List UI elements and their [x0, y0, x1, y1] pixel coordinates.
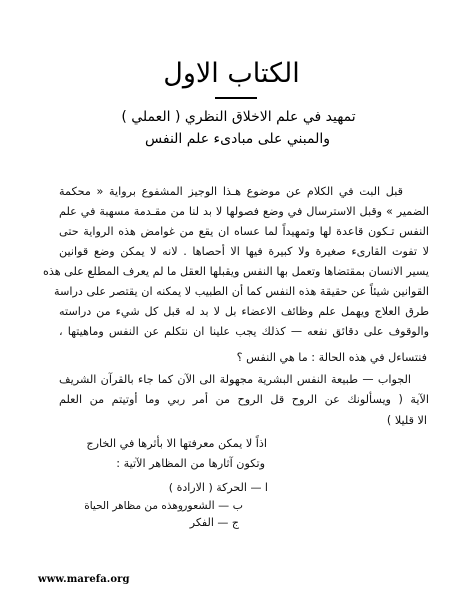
footer-url: www.marefa.org	[38, 574, 130, 586]
conclusion-line: اذاً لا يمكن معرفتها الا بأثرها في الخار…	[86, 436, 267, 452]
list-item-feeling: ب — الشعور	[182, 499, 243, 513]
paragraph-line: القوانين شيئاً عن حقيقة هذه النفس كما أن…	[59, 284, 429, 300]
answer-line: الا قليلا )	[387, 413, 427, 429]
paragraph-line: والوقوف على دقائق نفعه — كذلك يجب علينا …	[59, 324, 429, 340]
paragraph-line: النفس تـكون قاعدة لها وتمهيداً لما عساه …	[59, 224, 429, 240]
list-side-note: وهذه من مظاهر الحياة	[84, 499, 183, 513]
paragraph-line: لا تفوت القارىء صغيرة ولا كبيرة فيها الا…	[59, 244, 429, 260]
question-line: فنتساءل في هذه الحالة : ما هي النفس ؟	[237, 350, 427, 366]
paragraph-line: قبل البت في الكلام عن موضوع هـذا الوجيز …	[59, 184, 403, 200]
list-item-movement: ا — الحركة ( الارادة )	[169, 481, 268, 495]
subtitle-line-2: والمبني على مبادىء علم النفس	[12, 130, 463, 148]
answer-line: الجواب — طبيعة النفس البشرية مجهولة الى …	[59, 372, 411, 388]
subtitle-line-1: تمهيد في علم الاخلاق النظري ( العملي )	[14, 108, 463, 126]
answer-line: الآية ( ويسألونك عن الروح قل الروح من أم…	[59, 392, 429, 408]
chapter-title: الكتاب الاول	[0, 58, 463, 90]
paragraph-line: الضمير » وقبل الاسترسال في وضع فصولها لا…	[59, 204, 429, 220]
paragraph-line: يسير الانسان بمقتضاها وتعمل بها النفس وي…	[59, 264, 429, 280]
document-page: الكتاب الاول تمهيد في علم الاخلاق النظري…	[0, 0, 463, 599]
conclusion-line: وتكون آثارها من المظاهر الآتية :	[116, 456, 265, 472]
paragraph-line: طرق العلاج ويهمل علم وظائف الاعضاء بل لا…	[59, 304, 429, 320]
title-divider	[215, 97, 257, 99]
list-item-thought: ج — الفكر	[190, 516, 239, 530]
